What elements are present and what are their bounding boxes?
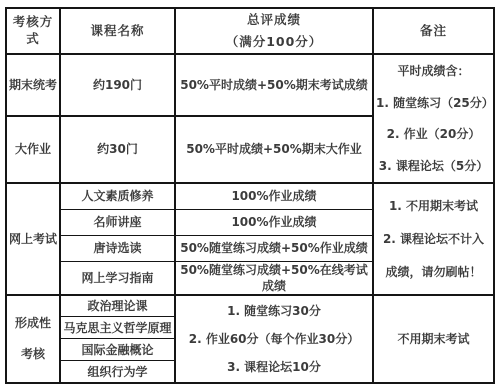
cell-method-final-exam: 期末统考 [6,54,60,116]
assessment-table: 考核方式 课程名称 总评成绩 （满分100分） 备注 期末统考 约190门 50… [5,7,495,384]
note-regular-grade-item2: 2. 作业（20分） [387,126,481,142]
header-remarks: 备注 [373,8,494,54]
cell-course-master-lecture: 名师讲座 [60,209,175,235]
cell-method-online-exam: 网上考试 [6,183,60,295]
cell-course-online-study-guide: 网上学习指南 [60,261,175,295]
cell-note-online-exam: 1. 不用期末考试 2. 课程论坛不计入 成绩，请勿刷帖！ [373,183,494,295]
method-formative-line2: 考核 [21,346,45,362]
cell-method-formative: 形成性 考核 [6,295,60,383]
cell-grade-tang-poetry: 50%随堂练习成绩+50%作业成绩 [175,235,373,261]
header-row: 考核方式 课程名称 总评成绩 （满分100分） 备注 [6,8,494,54]
cell-grade-humanities: 100%作业成绩 [175,183,373,209]
grade-formative-item2: 2. 作业60分（每个作业30分） [189,331,360,347]
grade-formative-item3: 3. 课程论坛10分 [227,359,321,375]
header-total-grade-line1: 总评成绩 [247,12,301,29]
cell-course-count-final-exam: 约190门 [60,54,175,116]
header-total-grade-line2: （满分100分） [226,34,323,51]
cell-grade-big-assignment: 50%平时成绩+50%期末大作业 [175,116,373,183]
cell-course-count-big-assignment: 约30门 [60,116,175,183]
cell-note-formative: 不用期末考试 [373,295,494,383]
note-regular-grade-item3: 3. 课程论坛（5分） [379,158,488,174]
note-online-item2: 2. 课程论坛不计入 [383,231,484,247]
note-online-item1: 1. 不用期末考试 [389,198,478,214]
cell-course-marxist-philosophy: 马克思主义哲学原理 [60,317,175,339]
cell-course-organizational-behavior: 组织行为学 [60,361,175,383]
method-formative-line1: 形成性 [15,315,51,331]
header-total-grade: 总评成绩 （满分100分） [175,8,373,54]
row-final-exam: 期末统考 约190门 50%平时成绩+50%期末考试成绩 平时成绩含： 1. 随… [6,54,494,116]
cell-course-tang-poetry: 唐诗选读 [60,235,175,261]
header-assessment-method: 考核方式 [6,8,60,54]
note-online-item2-cont: 成绩，请勿刷帖！ [385,264,481,280]
note-regular-grade-item1: 1. 随堂练习（25分） [376,95,491,111]
cell-grade-final-exam: 50%平时成绩+50%期末考试成绩 [175,54,373,116]
page: 考核方式 课程名称 总评成绩 （满分100分） 备注 期末统考 约190门 50… [0,0,500,391]
header-course-name: 课程名称 [60,8,175,54]
row-formative-1: 形成性 考核 政治理论课 1. 随堂练习30分 2. 作业60分（每个作业30分… [6,295,494,317]
row-online-exam-1: 网上考试 人文素质修养 100%作业成绩 1. 不用期末考试 2. 课程论坛不计… [6,183,494,209]
cell-grade-online-study-guide: 50%随堂练习成绩+50%在线考试成绩 [175,261,373,295]
cell-note-regular-grade: 平时成绩含： 1. 随堂练习（25分） 2. 作业（20分） 3. 课程论坛（5… [373,54,494,183]
cell-method-big-assignment: 大作业 [6,116,60,183]
grade-formative-item1: 1. 随堂练习30分 [227,303,321,319]
cell-course-humanities: 人文素质修养 [60,183,175,209]
note-regular-grade-title: 平时成绩含： [397,63,469,79]
cell-course-international-finance: 国际金融概论 [60,339,175,361]
cell-grade-master-lecture: 100%作业成绩 [175,209,373,235]
cell-course-political-theory: 政治理论课 [60,295,175,317]
cell-grade-formative: 1. 随堂练习30分 2. 作业60分（每个作业30分） 3. 课程论坛10分 [175,295,373,383]
